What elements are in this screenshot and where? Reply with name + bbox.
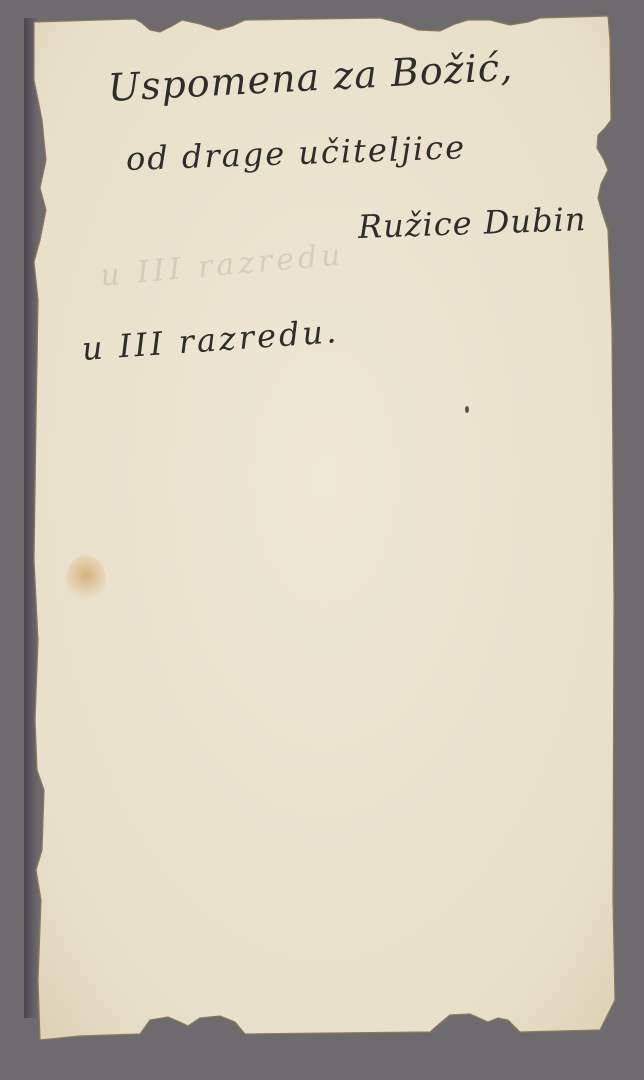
ink-speck	[465, 406, 469, 413]
handwritten-signature: Ružice Dubin	[357, 200, 587, 246]
card: u III razredu Uspomena za Božić, od drag…	[0, 0, 644, 1080]
foxing-stain	[66, 555, 106, 605]
